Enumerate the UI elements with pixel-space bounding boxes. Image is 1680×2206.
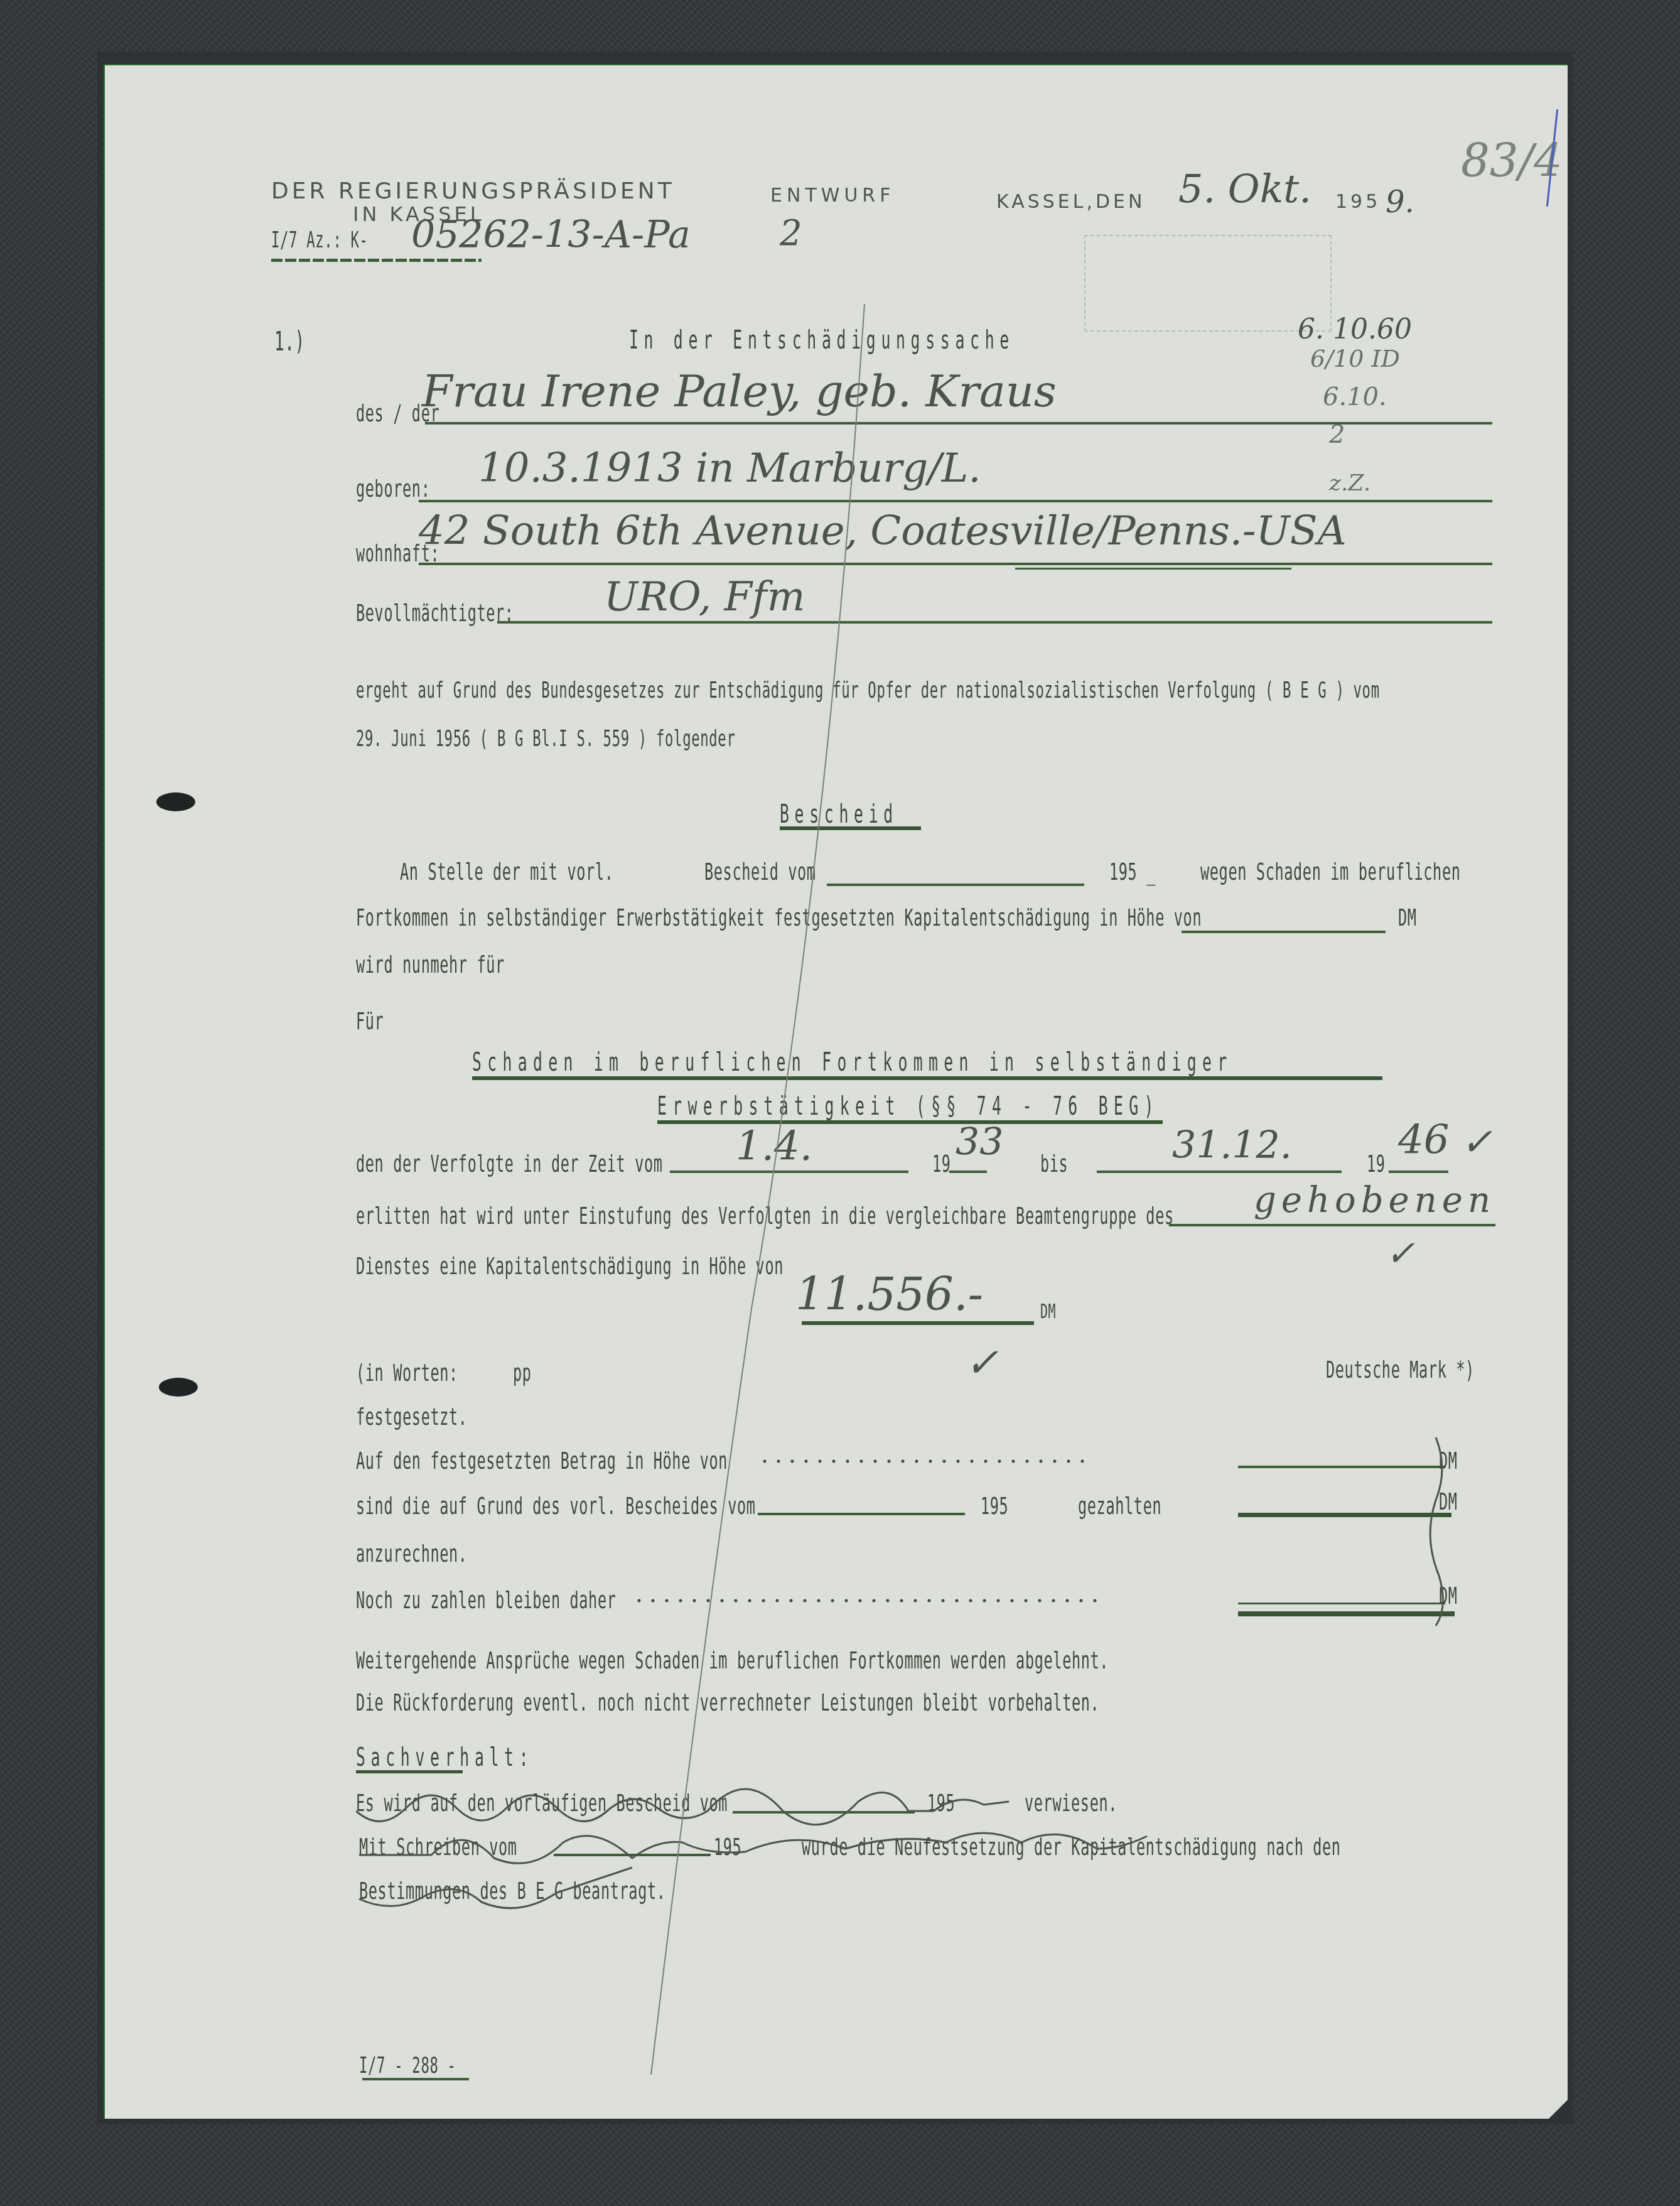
period-century-a: 19 xyxy=(932,1150,951,1177)
words-suffix: Deutsche Mark *) xyxy=(1326,1356,1475,1383)
grade-value: gehobenen xyxy=(1254,1180,1495,1221)
facts-title: Sachverhalt: xyxy=(356,1743,534,1772)
place-date-prefix: KASSEL,DEN xyxy=(996,191,1145,213)
year-prefix: 195 xyxy=(1335,191,1381,213)
bescheid-line1-d: wegen Schaden im beruflichen xyxy=(1200,858,1461,885)
page-ref-handwritten: 83/4 xyxy=(1461,134,1563,187)
representative-label: Bevollmächtigter: xyxy=(356,599,514,627)
pencil-line xyxy=(563,304,877,2125)
draft-label: ENTWURF xyxy=(770,185,895,207)
punch-hole xyxy=(156,792,195,811)
checkmark-icon: ✓ xyxy=(1461,1120,1492,1164)
bescheid-line1-c: 195 _ xyxy=(1109,858,1156,885)
bescheid-line3: wird nunmehr für xyxy=(356,951,505,978)
checkmark-icon: ✓ xyxy=(965,1340,999,1387)
period-bis: bis xyxy=(1040,1150,1068,1177)
period-century-b: 19 xyxy=(1367,1150,1386,1177)
strike-mark xyxy=(356,1773,1423,1911)
bescheid-amount-blank xyxy=(1182,931,1386,933)
document-page: DER REGIERUNGSPRÄSIDENT IN KASSEL ENTWUR… xyxy=(104,64,1568,2119)
item-number: 1.) xyxy=(274,326,305,357)
bescheid-line2-unit: DM xyxy=(1398,904,1417,931)
grade-underline xyxy=(1169,1224,1495,1226)
file-ref-mark: 2 xyxy=(780,213,802,254)
words-label: (in Worten: xyxy=(356,1359,458,1387)
fixed-label: festgesetzt. xyxy=(356,1403,468,1430)
date-handwritten: 5. Okt. xyxy=(1178,166,1311,212)
authority-heading: DER REGIERUNGSPRÄSIDENT xyxy=(271,178,675,204)
margin-note: 6. 10.60 xyxy=(1298,313,1412,345)
form-number-underline xyxy=(362,2078,469,2080)
period-to: 31.12. xyxy=(1172,1123,1292,1167)
bescheid-line4: Für xyxy=(356,1007,384,1035)
margin-note: z.Z. xyxy=(1329,470,1370,496)
file-ref-handwritten: 05262-13-A-Pa xyxy=(411,213,691,257)
born-label: geboren: xyxy=(356,475,430,502)
amount-unit: DM xyxy=(1040,1299,1056,1323)
faint-stamp xyxy=(1084,235,1332,332)
period-to-year: 46 xyxy=(1398,1117,1449,1164)
residence-double-underline xyxy=(1015,568,1291,570)
words-value: pp xyxy=(513,1359,532,1387)
margin-note: 6/10 ID xyxy=(1310,345,1400,372)
year-suffix-handwritten: 9. xyxy=(1386,185,1414,220)
period-from-year: 33 xyxy=(956,1120,1003,1164)
period-to-blank xyxy=(1097,1171,1342,1173)
margin-note: 6.10. xyxy=(1323,382,1387,411)
punch-hole xyxy=(159,1378,198,1397)
strike-mark xyxy=(883,1431,1448,1632)
form-number: I/7 - 288 - xyxy=(359,2053,456,2079)
file-ref-underline xyxy=(271,259,482,262)
residence-value: 42 South 6th Avenue, Coatesville/Penns.-… xyxy=(419,508,1347,554)
offset-row3-label: anzurechnen. xyxy=(356,1540,468,1567)
file-ref-prefix: I/7 Az.: K- xyxy=(271,227,369,253)
period-from-year-blank xyxy=(949,1171,987,1173)
checkmark-icon: ✓ xyxy=(1386,1233,1415,1274)
period-to-year-blank xyxy=(1389,1171,1448,1173)
